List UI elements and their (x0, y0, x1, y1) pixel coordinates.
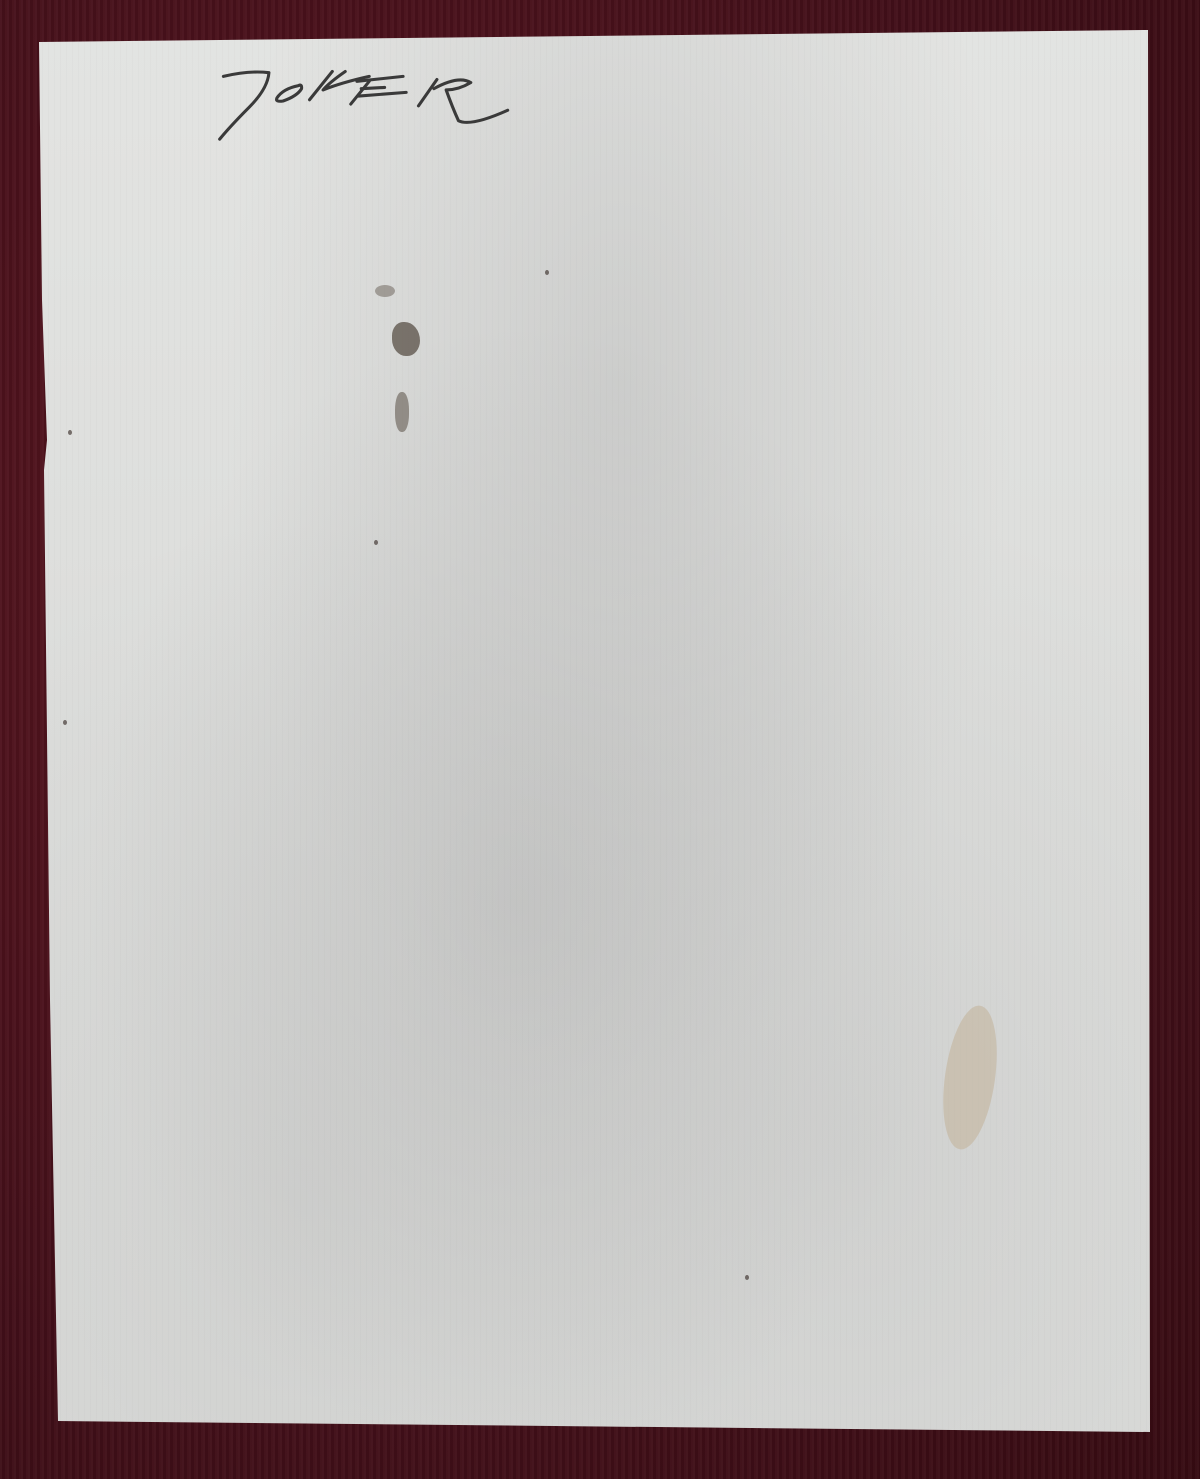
speck (545, 270, 549, 275)
debris-spot (392, 322, 420, 356)
paper-sheet: JOKER (0, 0, 1200, 1479)
speck (63, 720, 67, 725)
debris-spot (375, 285, 395, 297)
speck (745, 1275, 749, 1280)
handwriting-strokes (200, 36, 520, 166)
speck (68, 430, 72, 435)
speck (374, 540, 378, 545)
handwritten-title: JOKER (200, 36, 520, 166)
paper-surface (0, 0, 1200, 1479)
debris-spot (395, 392, 409, 432)
